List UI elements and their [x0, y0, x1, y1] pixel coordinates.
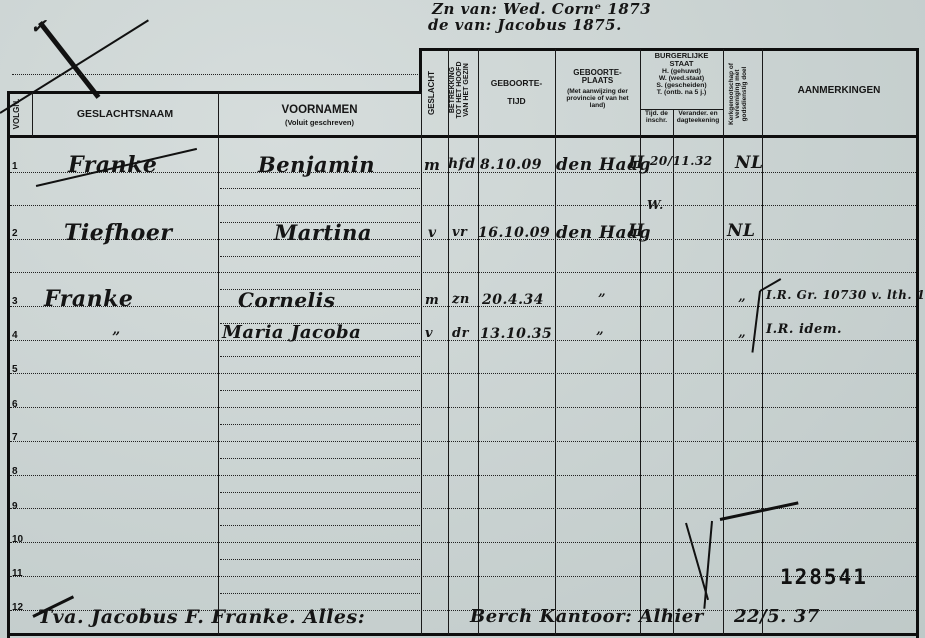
footer-date: 22/5. 37 — [734, 606, 820, 627]
row-dotted-line — [10, 373, 916, 374]
row-dotted-line — [10, 272, 916, 273]
header-betrekking-line2: TOT HET HOOFD — [456, 54, 463, 126]
row-dotted-line — [10, 205, 916, 206]
header-kerkgenootschap: Kerkgenootschap of vereeniging met godsd… — [729, 52, 757, 136]
row-number-12: 12 — [12, 602, 23, 613]
row-number-6: 6 — [12, 399, 18, 410]
row3-voornamen: Cornelis — [238, 288, 336, 312]
col-line-voornamen — [421, 92, 422, 635]
header-bottom-border — [8, 135, 918, 138]
row2-burgerlijke-superscript: W. — [647, 198, 664, 212]
aanmerkingen-bracket-vertical — [751, 291, 761, 353]
col-line-geboorteplaats — [640, 49, 641, 635]
family-card-document: Zn van: Wed. Cornᵉ 1873 de van: Jacobus … — [0, 0, 925, 638]
row-number-9: 9 — [12, 501, 18, 512]
voornamen-inner-dotted-line — [220, 593, 420, 594]
row1-kerkgenootschap: NL — [735, 153, 764, 173]
row4-geslacht: v — [425, 326, 433, 341]
header-geslacht: GESLACHT — [428, 57, 442, 129]
header-burgerlijke-line2: STAAT — [640, 60, 723, 68]
left-header-top-border — [8, 91, 422, 94]
row-number-7: 7 — [12, 432, 18, 443]
row1-burgerlijke-verander: 20/11.32 — [650, 154, 713, 168]
header-aanmerkingen: AANMERKINGEN — [762, 86, 916, 97]
col-line-geslachtsnaam — [218, 92, 219, 635]
header-burgerlijke-w: W. (wed.staat) — [640, 75, 723, 82]
row-number-4: 4 — [12, 330, 18, 341]
col-line-geboortetijd — [555, 49, 556, 635]
checkmark-stroke-left — [685, 523, 709, 600]
col-line-betrekking — [478, 49, 479, 635]
header-kerkgenootschap-line3: godsdienstig doel — [742, 52, 748, 136]
col-line-burgerlijke — [723, 49, 724, 635]
row2-geslacht: v — [428, 225, 437, 241]
row4-aanmerkingen: I.R. idem. — [766, 322, 842, 337]
row2-voornamen: Martina — [274, 220, 372, 245]
voornamen-inner-dotted-line — [220, 559, 420, 560]
header-burgerlijke-h: H. (gehuwd) — [640, 68, 723, 75]
row2-geboortetijd: 16.10.09 — [478, 225, 550, 241]
header-betrekking-line1: BETREKKING — [449, 54, 456, 126]
header-geboorteplaats: GEBOORTE- PLAATS (Met aanwijzing der pro… — [555, 69, 640, 110]
header-step-border — [419, 48, 422, 94]
voornamen-inner-dotted-line — [220, 256, 420, 257]
row4-geslachtsnaam: ” — [112, 330, 121, 346]
header-geboortetijd-line1: GEBOORTE- — [478, 79, 555, 88]
row3-geboorteplaats: ” — [598, 292, 606, 307]
frame-left-border — [7, 91, 10, 638]
row-number-11: 11 — [12, 568, 23, 579]
cross-out-stroke-thick — [38, 21, 100, 99]
voornamen-inner-dotted-line — [220, 356, 420, 357]
registration-number-stamp: 128541 — [780, 565, 868, 589]
header-burgerlijke-t: T. (ontb. na 5 j.) — [640, 89, 723, 96]
row-dotted-line — [10, 542, 916, 543]
row4-geboortetijd: 13.10.35 — [480, 326, 552, 342]
row4-kerkgenootschap: ” — [738, 333, 746, 348]
annotation-line-2: de van: Jacobus 1875. — [428, 16, 622, 34]
checkmark-stroke-top — [720, 501, 799, 521]
voornamen-inner-dotted-line — [220, 188, 420, 189]
row1-geslacht: m — [424, 156, 440, 174]
row3-geslachtsnaam: Franke — [44, 286, 133, 312]
row-number-10: 10 — [12, 534, 23, 545]
voornamen-inner-dotted-line — [220, 424, 420, 425]
header-burgerlijke-verander: Verander. en dagteekening — [673, 111, 723, 125]
row3-betrekking: zn — [452, 292, 470, 307]
row-number-5: 5 — [12, 364, 18, 375]
row4-betrekking: dr — [452, 326, 469, 341]
footer-part1: Tva. Jacobus F. Franke. Alles: — [38, 606, 365, 628]
header-burgerlijke-s: S. (gescheiden) — [640, 82, 723, 89]
row1-burgerlijke-staat: H — [628, 153, 645, 173]
row-number-8: 8 — [12, 466, 18, 477]
header-voornamen-sub: (Voluit geschreven) — [218, 119, 421, 127]
row-number-3: 3 — [12, 296, 18, 307]
row1-betrekking: hfd — [448, 156, 476, 172]
row3-kerkgenootschap: ” — [738, 297, 746, 312]
frame-bottom-border — [8, 633, 918, 636]
row-dotted-line — [10, 441, 916, 442]
row3-geslacht: m — [425, 293, 439, 308]
row-dotted-line — [10, 475, 916, 476]
header-geboortetijd: GEBOORTE- TIJD — [478, 79, 555, 106]
header-dotted-guide — [12, 74, 420, 75]
row2-burgerlijke-staat: H — [628, 221, 645, 241]
voornamen-inner-dotted-line — [220, 525, 420, 526]
voornamen-inner-dotted-line — [220, 458, 420, 459]
header-geboorteplaats-sub: (Met aanwijzing der provincie of van het… — [559, 89, 636, 110]
header-betrekking: BETREKKING TOT HET HOOFD VAN HET GEZIN — [449, 54, 477, 126]
row2-geslachtsnaam: Tiefhoer — [64, 220, 172, 246]
header-geboorteplaats-line2: PLAATS — [555, 77, 640, 85]
header-geboortetijd-line2: TIJD — [478, 97, 555, 106]
row4-voornamen: Maria Jacoba — [222, 322, 361, 343]
footer-part2: Berch Kantoor: Alhier — [470, 606, 704, 627]
voornamen-inner-dotted-line — [220, 390, 420, 391]
voornamen-inner-dotted-line — [220, 492, 420, 493]
row2-betrekking: vr — [452, 225, 467, 240]
row1-geboortetijd: 8.10.09 — [480, 157, 542, 173]
row1-voornamen: Benjamin — [258, 152, 375, 177]
header-burgerlijke-tijd: Tijd. de inschr. — [640, 111, 673, 125]
header-geslachtsnaam: GESLACHTSNAAM — [32, 109, 218, 120]
row-number-1: 1 — [12, 161, 18, 172]
row4-geboorteplaats: ” — [596, 330, 604, 345]
header-betrekking-line3: VAN HET GEZIN — [463, 54, 470, 126]
row-dotted-line — [10, 407, 916, 408]
header-volgn: VOLGN. — [13, 92, 27, 136]
row3-geboortetijd: 20.4.34 — [482, 292, 544, 308]
row3-aanmerkingen: I.R. Gr. 10730 v. lth. 1661. — [766, 288, 925, 302]
header-voornamen: VOORNAMEN — [218, 104, 421, 116]
corner-mark: ✓ — [30, 14, 47, 38]
col-line-geslacht — [448, 49, 449, 635]
row-number-2: 2 — [12, 228, 18, 239]
row2-kerkgenootschap: NL — [727, 221, 756, 241]
header-burgerlijke-staat: BURGERLIJKE STAAT H. (gehuwd) W. (wed.st… — [640, 52, 723, 96]
col-line-kerkgenootschap — [762, 49, 763, 635]
